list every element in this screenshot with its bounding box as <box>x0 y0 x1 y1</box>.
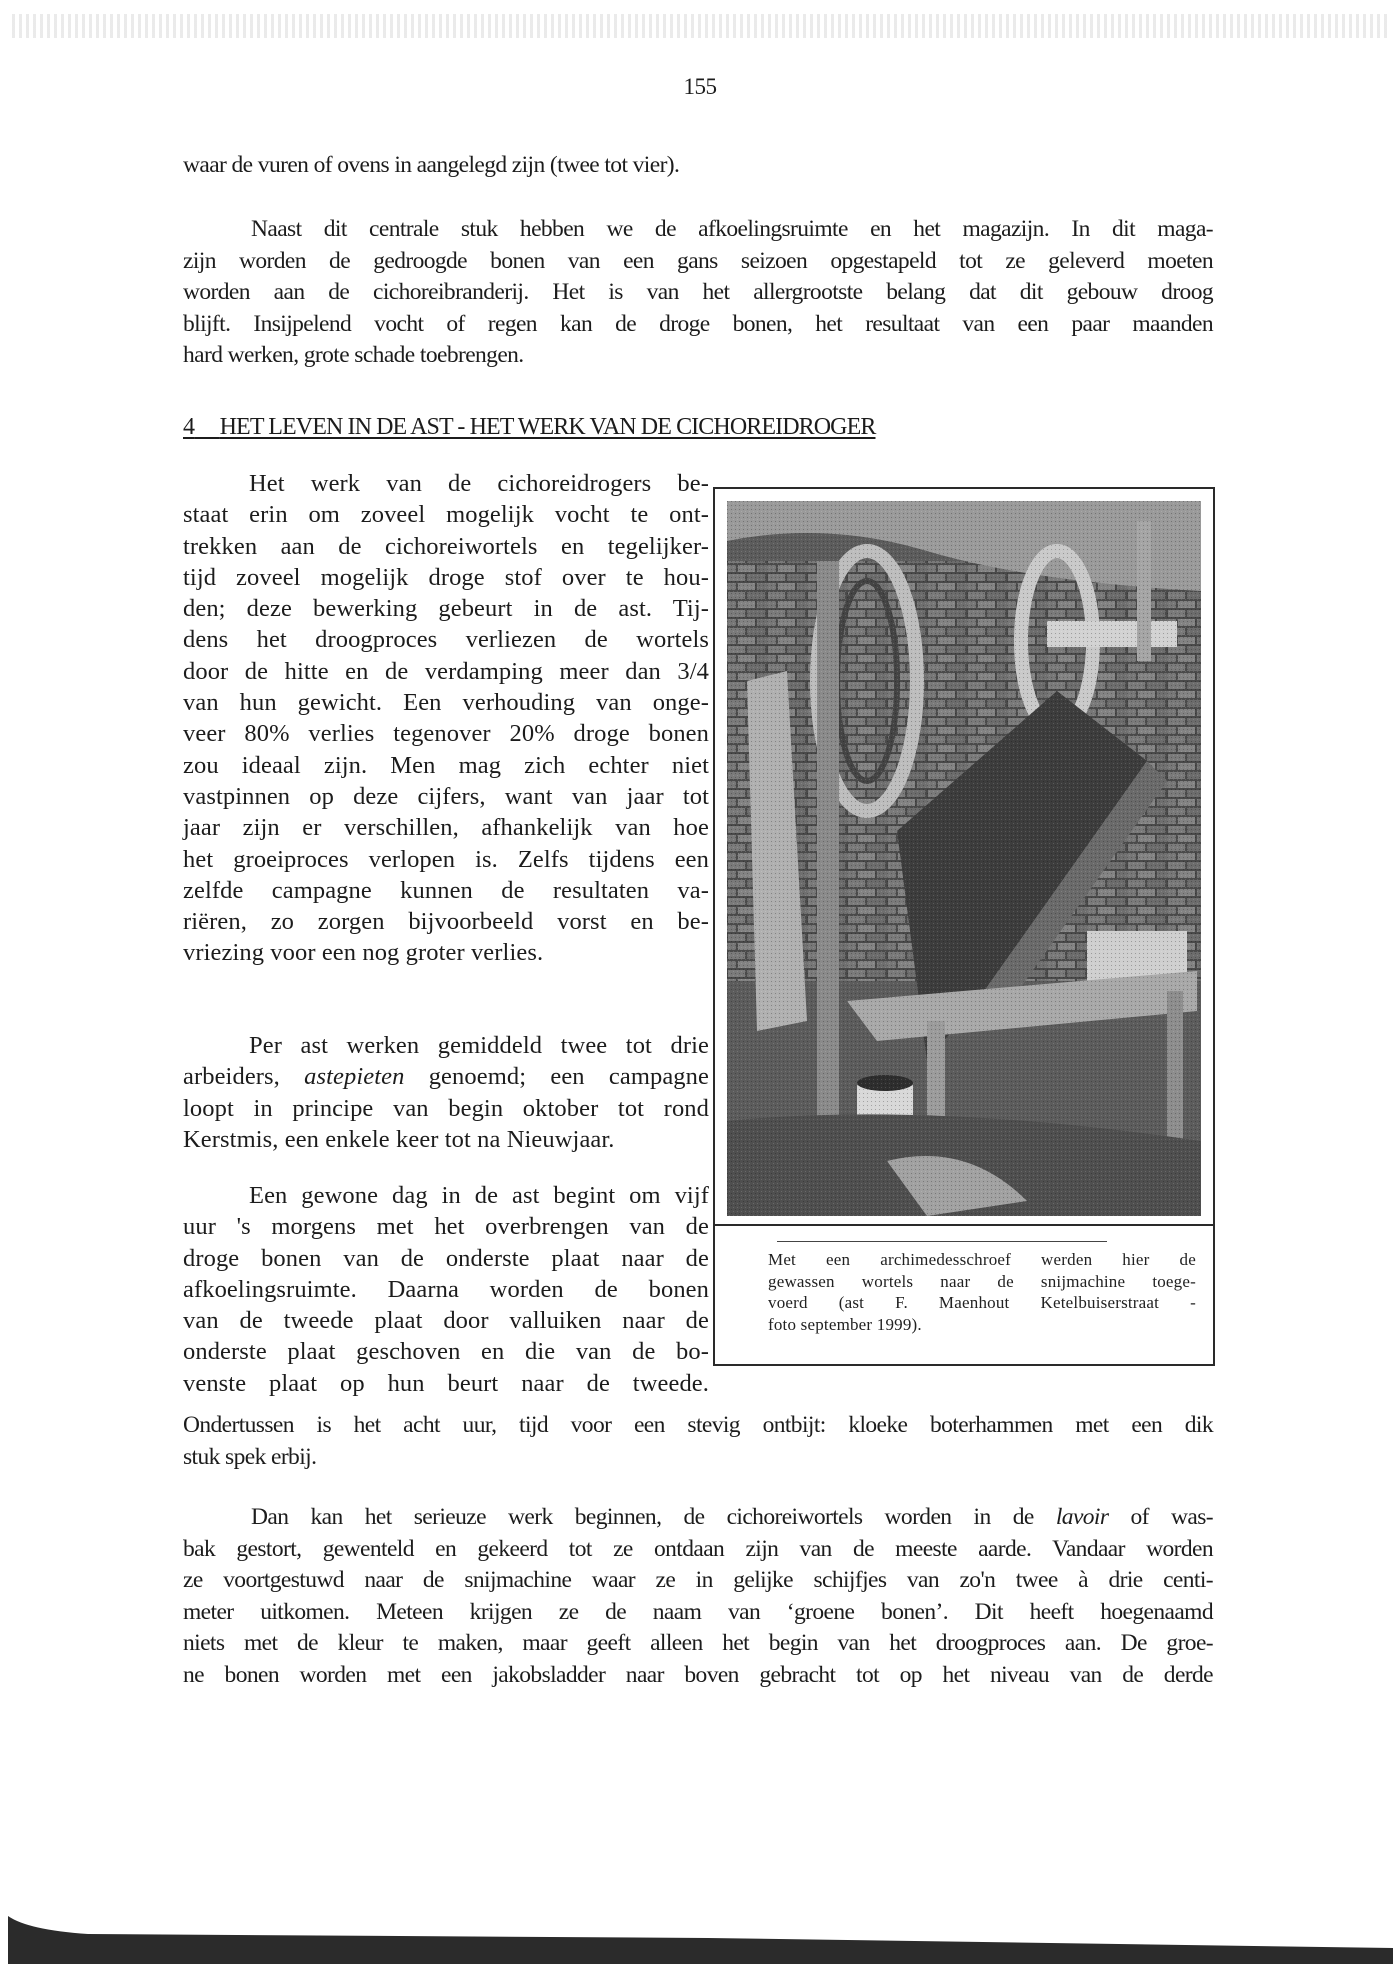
caption-line: foto september 1999). <box>768 1314 1196 1336</box>
text-line: staat erin om zoveel mogelijk vocht te o… <box>183 499 709 530</box>
caption-divider <box>715 1224 1215 1226</box>
text-line: tijd zoveel mogelijk droge stof over te … <box>183 562 709 593</box>
text-line: jaar zijn er verschillen, afhankelijk va… <box>183 812 709 843</box>
text-line: Dan kan het serieuze werk beginnen, de c… <box>183 1502 1213 1534</box>
text-line: arbeiders, astepieten genoemd; een campa… <box>183 1061 709 1092</box>
text-line: blijft. Insijpelend vocht of regen kan d… <box>183 309 1213 341</box>
section-title: HET LEVEN IN DE AST - HET WERK VAN DE CI… <box>220 414 876 440</box>
text-line: van de tweede plaat door valluiken naar … <box>183 1305 709 1336</box>
text-line: droge bonen van de onderste plaat naar d… <box>183 1243 709 1274</box>
text-line: waar de vuren of ovens in aangelegd zijn… <box>183 150 1213 182</box>
paragraph-gewone-dag: Een gewone dag in de ast begint om vijf … <box>183 1180 709 1399</box>
scan-edge-bar <box>8 1916 1393 1964</box>
text-run: genoemd; een campagne <box>404 1063 709 1090</box>
text-line: van hun gewicht. Een verhouding van onge… <box>183 687 709 718</box>
text-line: dens het droogproces verliezen de wortel… <box>183 624 709 655</box>
text-line: vastpinnen op deze cijfers, want van jaa… <box>183 781 709 812</box>
italic-term-astepieten: astepieten <box>304 1063 404 1090</box>
text-line: zou ideaal zijn. Men mag zich echter nie… <box>183 750 709 781</box>
photo-archimedes-screw <box>727 501 1201 1216</box>
paragraph-ontbijt: Ondertussen is het acht uur, tijd voor e… <box>183 1410 1213 1473</box>
caption-line: Met een archimedesschroef werden hier de <box>768 1249 1196 1271</box>
text-line: onderste plaat geschoven en die van de b… <box>183 1336 709 1367</box>
text-line: zijn worden de gedroogde bonen van een g… <box>183 246 1213 278</box>
text-line: afkoelingsruimte. Daarna worden de bonen <box>183 1274 709 1305</box>
scan-artifact-top <box>12 14 1388 38</box>
photo-illustration <box>727 501 1201 1216</box>
text-line: Een gewone dag in de ast begint om vijf <box>183 1180 709 1211</box>
figure-caption: Met een archimedesschroef werden hier de… <box>768 1249 1196 1335</box>
paragraph-astepieten: Per ast werken gemiddeld twee tot drie a… <box>183 1030 709 1155</box>
text-line: hard werken, grote schade toebrengen. <box>183 340 1213 372</box>
figure-frame: Met een archimedesschroef werden hier de… <box>713 487 1215 1366</box>
text-line: trekken aan de cichoreiwortels en tegeli… <box>183 531 709 562</box>
text-line: vriezing voor een nog groter verlies. <box>183 937 709 968</box>
text-line: uur 's morgens met het overbrengen van d… <box>183 1211 709 1242</box>
text-line: venste plaat op hun beurt naar de tweede… <box>183 1368 709 1399</box>
caption-line: gewassen wortels naar de snijmachine toe… <box>768 1271 1196 1293</box>
text-run: of was- <box>1108 1504 1213 1530</box>
text-line: Naast dit centrale stuk hebben we de afk… <box>183 214 1213 246</box>
caption-line: voerd (ast F. Maenhout Ketelbuiserstraat… <box>768 1292 1196 1314</box>
text-line: stuk spek erbij. <box>183 1442 1213 1474</box>
paragraph-ovens: waar de vuren of ovens in aangelegd zijn… <box>183 150 1213 182</box>
text-line: veer 80% verlies tegenover 20% droge bon… <box>183 718 709 749</box>
text-line: worden aan de cichoreibranderij. Het is … <box>183 277 1213 309</box>
text-line: bak gestort, gewenteld en gekeerd tot ze… <box>183 1534 1213 1566</box>
paragraph-werk-cichoreidrogers: Het werk van de cichoreidrogers be- staa… <box>183 468 709 969</box>
section-number: 4 <box>183 414 194 440</box>
caption-rule-line <box>777 1241 1107 1242</box>
text-line: Het werk van de cichoreidrogers be- <box>183 468 709 499</box>
text-line: den; deze bewerking gebeurt in de ast. T… <box>183 593 709 624</box>
text-line: niets met de kleur te maken, maar geeft … <box>183 1628 1213 1660</box>
text-line: Ondertussen is het acht uur, tijd voor e… <box>183 1410 1213 1442</box>
text-line: loopt in principe van begin oktober tot … <box>183 1093 709 1124</box>
text-line: meter uitkomen. Meteen krijgen ze de naa… <box>183 1597 1213 1629</box>
text-run: Dan kan het serieuze werk beginnen, de c… <box>251 1504 1056 1530</box>
text-run: arbeiders, <box>183 1063 304 1090</box>
text-line: riëren, zo zorgen bijvoorbeeld vorst en … <box>183 906 709 937</box>
paragraph-serieuze-werk: Dan kan het serieuze werk beginnen, de c… <box>183 1502 1213 1691</box>
section-heading: 4 HET LEVEN IN DE AST - HET WERK VAN DE … <box>183 414 875 441</box>
text-line: Kerstmis, een enkele keer tot na Nieuwja… <box>183 1124 709 1155</box>
text-line: ne bonen worden met een jakobsladder naa… <box>183 1660 1213 1692</box>
page-number: 155 <box>0 74 1400 100</box>
text-line: Per ast werken gemiddeld twee tot drie <box>183 1030 709 1061</box>
text-line: door de hitte en de verdamping meer dan … <box>183 656 709 687</box>
text-line: het groeiproces verlopen is. Zelfs tijde… <box>183 844 709 875</box>
text-line: ze voortgestuwd naar de snijmachine waar… <box>183 1565 1213 1597</box>
italic-term-lavoir: lavoir <box>1056 1504 1109 1530</box>
paragraph-magazijn: Naast dit centrale stuk hebben we de afk… <box>183 214 1213 372</box>
text-line: zelfde campagne kunnen de resultaten va- <box>183 875 709 906</box>
